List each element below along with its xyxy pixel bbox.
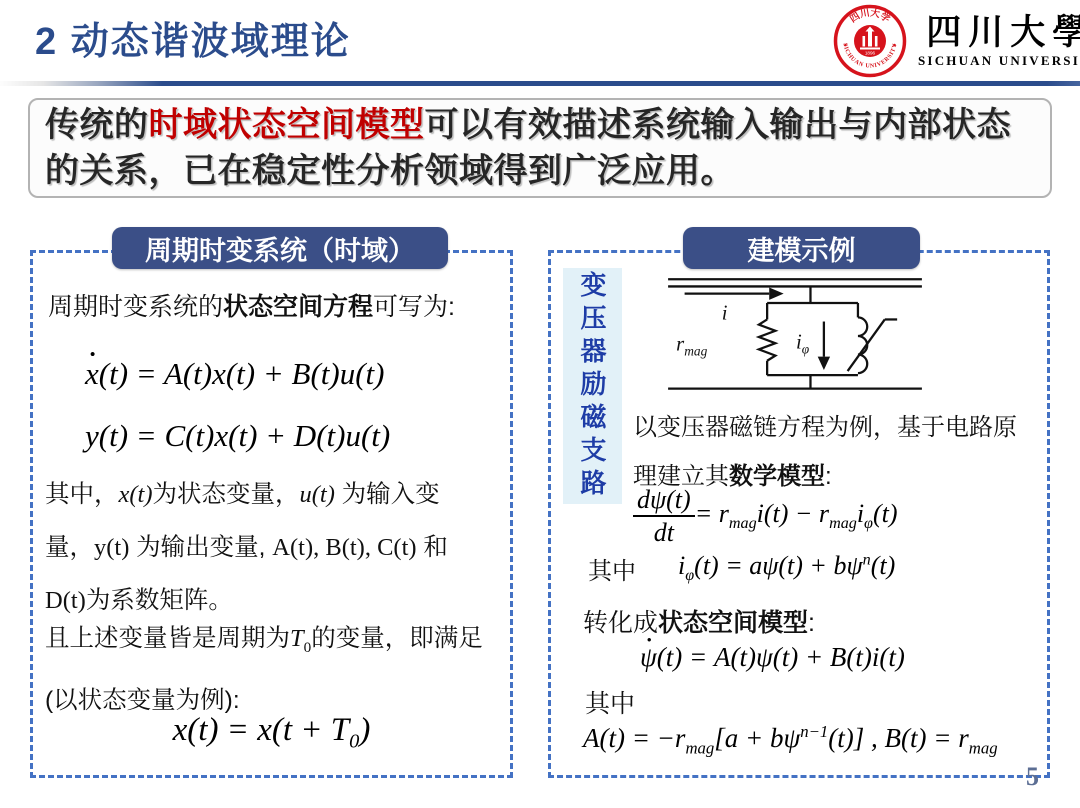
slide-title: 2 动态谐波域理论 [35,10,351,65]
magnetizing-current-row: 其中 iφ(t) = aψ(t) + bψn(t) [588,551,895,586]
left-panel-header: 周期时变系统（时域） [112,227,448,269]
side-label-strip: 变压器励磁支路 [563,268,622,504]
logo-name-cn: 四川大學 [926,13,1080,53]
slide: 2 动态谐波域理论 四川大学 SICHUAN UNIVERSITY 1896 [0,0,1080,808]
state-space-equation: ψ(t) = A(t)ψ(t) + B(t)i(t) [640,642,905,673]
university-logo: 四川大学 SICHUAN UNIVERSITY 1896 四川大學 SICHUA… [832,3,1080,79]
flux-equation: dψ(t) dt = rmagi(t) − rmagiφ(t) [633,486,898,547]
resistor-label: rmag [676,333,707,358]
banner-text: 传统的时域状态空间模型可以有效描述系统输入输出与内部状态的关系，已在稳定性分析领… [45,102,1035,194]
output-equation: y(t) = C(t)x(t) + D(t)u(t) [85,418,390,454]
university-seal-icon: 四川大学 SICHUAN UNIVERSITY 1896 [832,3,908,79]
magnetizing-current-equation: iφ(t) = aψ(t) + bψn(t) [678,551,895,585]
where-label-2: 其中 [585,684,635,720]
branch-current-label: iφ [796,331,810,356]
logo-name-en: SICHUAN UNIVERSITY [918,53,1080,69]
transform-intro: 转化成状态空间模型: [583,603,815,639]
coefficient-equation: A(t) = −rmag[a + bψn−1(t)] , B(t) = rmag [583,722,998,758]
variables-note: 其中，x(t)为状态变量，u(t) 为输入变量，y(t) 为输出变量, A(t)… [45,468,485,627]
state-space-intro: 周期时变系统的状态空间方程可写为: [48,287,455,323]
circuit-diagram: i rmag iφ [655,272,935,402]
periodicity-equation: x(t) = x(t + T0) [30,712,513,754]
where-label-1: 其中 [588,551,636,586]
page-number: 5 [1026,762,1039,792]
current-label: i [722,302,728,324]
state-equation: x(t) = A(t)x(t) + B(t)u(t) [85,356,384,392]
side-label: 变压器励磁支路 [574,271,611,502]
logo-names: 四川大學 SICHUAN UNIVERSITY [918,13,1080,69]
title-divider [0,81,1080,86]
svg-text:1896: 1896 [865,51,876,56]
intro-banner: 传统的时域状态空间模型可以有效描述系统输入输出与内部状态的关系，已在稳定性分析领… [28,98,1052,198]
flux-fraction: dψ(t) dt [633,486,695,547]
right-panel-header: 建模示例 [683,227,920,269]
periodicity-note: 且上述变量皆是周期为T0的变量，即满足 (以状态变量为例): [45,612,485,727]
